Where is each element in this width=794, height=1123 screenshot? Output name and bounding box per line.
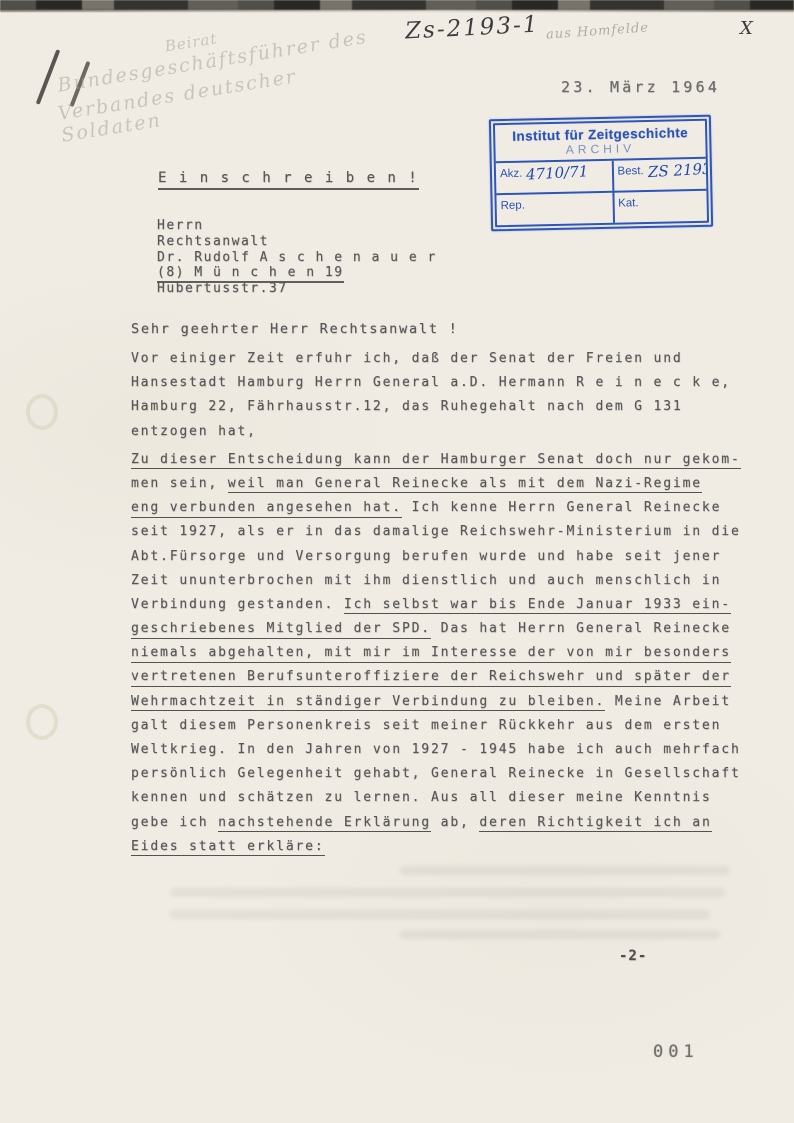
bleed-through-text (170, 910, 710, 919)
typed-line: men sein, weil man General Reinecke als … (131, 472, 763, 496)
typed-line: kennen und schätzen zu lernen. Aus all d… (131, 786, 763, 810)
stamp-field-akz: Akz.4710/71 (496, 161, 612, 193)
letter-body: Vor einiger Zeit erfuhr ich, daß der Sen… (131, 347, 763, 859)
typed-line: Weltkrieg. In den Jahren von 1927 - 1945… (131, 738, 763, 762)
bleed-through-text (400, 930, 720, 939)
archive-reference-handwritten: Zs-2193-1 (404, 11, 540, 44)
typed-line: Wehrmachtzeit in ständiger Verbindung zu… (131, 690, 763, 714)
bleed-through-text (170, 888, 725, 897)
typed-line: Abt.Fürsorge und Versorgung berufen wurd… (131, 545, 763, 569)
typed-line: galt diesem Personenkreis seit meiner Rü… (131, 714, 763, 738)
salutation: Sehr geehrter Herr Rechtsanwalt ! (131, 321, 459, 337)
stamp-fields: Akz.4710/71Best.ZS 2193Rep.Kat. (496, 157, 707, 225)
typed-line: Hansestadt Hamburg Herrn General a.D. He… (131, 371, 763, 395)
bleed-through-text (400, 866, 730, 875)
stamp-inner-border: Institut für Zeitgeschichte ARCHIV Akz.4… (493, 119, 709, 227)
stamp-field-best: Best.ZS 2193 (611, 159, 706, 191)
address-line: Rechtsanwalt (157, 234, 437, 250)
typed-line: niemals abgehalten, mit mir im Interesse… (131, 641, 763, 665)
corner-x-mark: X (740, 18, 753, 39)
stamp-field-rep: Rep. (496, 191, 612, 225)
typed-line: persönlich Gelegenheit gehabt, General R… (131, 762, 763, 786)
paragraph: Vor einiger Zeit erfuhr ich, daß der Sen… (131, 347, 763, 444)
letter-date: 23. März 1964 (561, 78, 720, 96)
scanned-letter-page: { "page": { "archive_ref": "Zs-2193-1", … (0, 0, 794, 1123)
typed-line: Zu dieser Entscheidung kann der Hamburge… (131, 448, 763, 472)
scan-edge-noise-line (0, 9, 794, 12)
typed-line: Vor einiger Zeit erfuhr ich, daß der Sen… (131, 347, 763, 371)
typed-line: Verbindung gestanden. Ich selbst war bis… (131, 593, 763, 617)
typed-line: Eides statt erkläre: (131, 835, 763, 859)
next-page-number: -2- (619, 948, 647, 964)
registered-mail-heading: E i n s c h r e i b e n ! (158, 170, 419, 190)
paragraph: Zu dieser Entscheidung kann der Hamburge… (131, 448, 763, 859)
typed-line: eng verbunden angesehen hat. Ich kenne H… (131, 496, 763, 520)
typed-line: seit 1927, als er in das damalige Reichs… (131, 520, 763, 544)
recipient-address-block: HerrnRechtsanwaltDr. Rudolf A s c h e n … (157, 218, 437, 297)
archive-stamp: Institut für Zeitgeschichte ARCHIV Akz.4… (489, 115, 713, 232)
typed-line: vertretenen Berufsunteroffiziere der Rei… (131, 665, 763, 689)
punch-hole-mark (26, 394, 58, 430)
address-line: Herrn (157, 218, 437, 234)
address-line: Hubertusstr.37 (157, 281, 437, 297)
folio-number-stamp: 001 (653, 1042, 699, 1062)
pencil-header-note: Beirat Bundesgeschäftsführer des Verband… (53, 2, 403, 146)
pencil-provenance-note: aus Homfelde (546, 20, 650, 42)
stamp-field-kat: Kat. (612, 189, 707, 223)
typed-line: entzogen hat, (131, 420, 763, 444)
stamp-outer-border: Institut für Zeitgeschichte ARCHIV Akz.4… (489, 115, 713, 232)
punch-hole-mark (26, 704, 58, 740)
address-line: Dr. Rudolf A s c h e n a u e r (157, 250, 437, 266)
typed-line: geschriebenes Mitglied der SPD. Das hat … (131, 617, 763, 641)
address-line: (8) M ü n c h e n 19 (157, 265, 437, 281)
typed-line: Zeit ununterbrochen mit ihm dienstlich u… (131, 569, 763, 593)
typed-line: Hamburg 22, Fährhausstr.12, das Ruhegeha… (131, 395, 763, 419)
typed-line: gebe ich nachstehende Erklärung ab, dere… (131, 811, 763, 835)
